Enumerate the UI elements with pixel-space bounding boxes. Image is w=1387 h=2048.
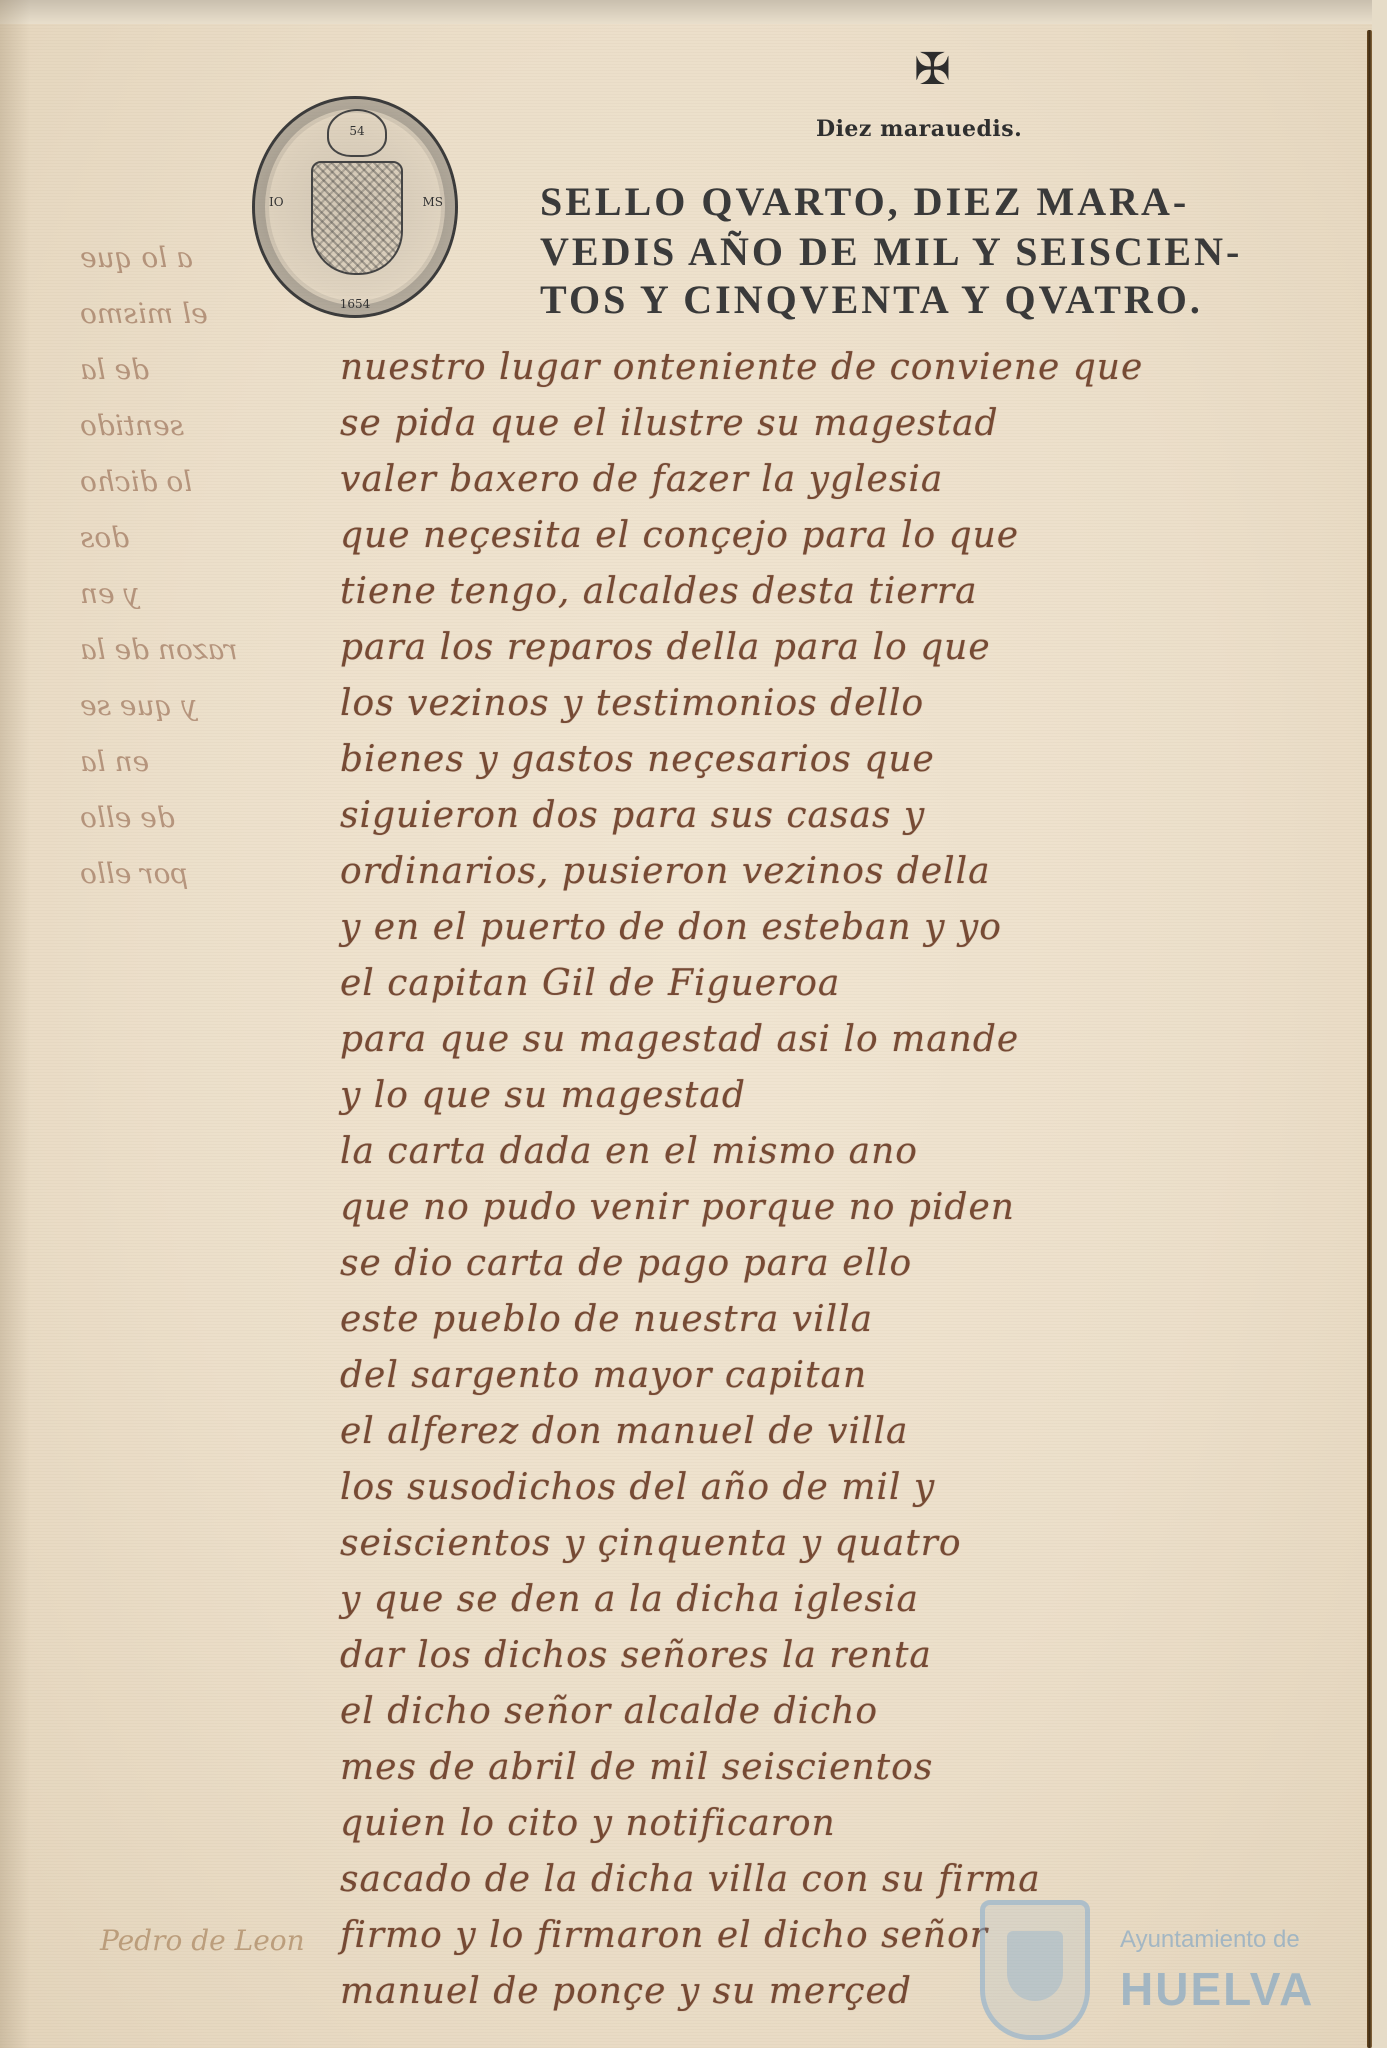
margin-line: razon de la <box>80 622 340 678</box>
handwritten-line: se pida que el ilustre su magestad <box>340 396 1320 452</box>
seal-right-label: MS <box>422 195 443 209</box>
printed-header-line-1: SELLO QVARTO, DIEZ MARA- <box>540 178 1340 225</box>
printed-header-line-2: VEDIS AÑO DE MIL Y SEISCIEN- <box>540 228 1340 275</box>
margin-line: en la <box>80 734 340 790</box>
handwritten-line: y lo que su magestad <box>340 1068 1320 1124</box>
handwritten-line: quien lo cito y notificaron <box>340 1796 1320 1852</box>
handwritten-line: valer baxero de fazer la yglesia <box>340 452 1320 508</box>
cross-icon: ✠ <box>914 44 951 95</box>
handwritten-line: para los reparos della para lo que <box>340 620 1320 676</box>
handwritten-line: tiene tengo, alcaldes desta tierra <box>340 564 1320 620</box>
faint-signature: Pedro de Leon <box>100 1924 305 1957</box>
huelva-shield-icon <box>980 1900 1090 2040</box>
archive-watermark: Ayuntamiento de HUELVA <box>980 1880 1320 2040</box>
printed-header-line-3: TOS Y CINQVENTA Y QVATRO. <box>540 276 1340 323</box>
handwritten-line: siguieron dos para sus casas y <box>340 788 1320 844</box>
stamp-denomination: Diez marauedis. <box>816 116 1022 142</box>
top-paper-edge <box>0 0 1372 24</box>
margin-line: y en <box>80 566 340 622</box>
handwritten-line: la carta dada en el mismo ano <box>340 1124 1320 1180</box>
margin-line: de ello <box>80 790 340 846</box>
handwritten-line: el dicho señor alcalde dicho <box>340 1684 1320 1740</box>
shield-tower-icon <box>1007 1931 1063 2001</box>
margin-line: a lo que <box>80 230 340 286</box>
handwritten-line: del sargento mayor capitan <box>340 1348 1320 1404</box>
margin-bleed-through: a lo que el mismo de la sentido lo dicho… <box>80 230 340 902</box>
handwritten-line: mes de abril de mil seiscientos <box>340 1740 1320 1796</box>
margin-line: dos <box>80 510 340 566</box>
seal-left-label: IO <box>269 195 284 209</box>
handwritten-line: se dio carta de pago para ello <box>340 1236 1320 1292</box>
handwritten-line: para que su magestad asi lo mande <box>340 1012 1320 1068</box>
seal-crown: 54 <box>327 109 387 157</box>
margin-line: de la <box>80 342 340 398</box>
handwritten-line: seiscientos y çinquenta y quatro <box>340 1516 1320 1572</box>
margin-line: lo dicho <box>80 454 340 510</box>
handwritten-line: el alferez don manuel de villa <box>340 1404 1320 1460</box>
watermark-top-text: Ayuntamiento de <box>1120 1926 1300 1954</box>
margin-line: sentido <box>80 398 340 454</box>
left-page-shadow <box>0 0 30 2048</box>
handwritten-line: bienes y gastos neçesarios que <box>340 732 1320 788</box>
manuscript-page: 54 IO MS 1654 ✠ Diez marauedis. SELLO QV… <box>0 0 1387 2048</box>
handwritten-line: los susodichos del año de mil y <box>340 1460 1320 1516</box>
handwritten-line: y que se den a la dicha iglesia <box>340 1572 1320 1628</box>
handwritten-line: que neçesita el conçejo para lo que <box>340 508 1320 564</box>
handwritten-line: este pueblo de nuestra villa <box>340 1292 1320 1348</box>
margin-line: por ello <box>80 846 340 902</box>
handwritten-line: y en el puerto de don esteban y yo <box>340 900 1320 956</box>
handwritten-line: dar los dichos señores la renta <box>340 1628 1320 1684</box>
handwritten-body: nuestro lugar onteniente de conviene que… <box>340 340 1320 2020</box>
handwritten-line: los vezinos y testimonios dello <box>340 676 1320 732</box>
margin-line: y que se <box>80 678 340 734</box>
handwritten-line: el capitan Gil de Figueroa <box>340 956 1320 1012</box>
margin-line: el mismo <box>80 286 340 342</box>
handwritten-line: nuestro lugar onteniente de conviene que <box>340 340 1320 396</box>
adjacent-page-strip <box>1372 0 1387 2048</box>
handwritten-line: que no pudo venir porque no piden <box>340 1180 1320 1236</box>
watermark-main-text: HUELVA <box>1120 1962 1314 2016</box>
handwritten-line: ordinarios, pusieron vezinos della <box>340 844 1320 900</box>
